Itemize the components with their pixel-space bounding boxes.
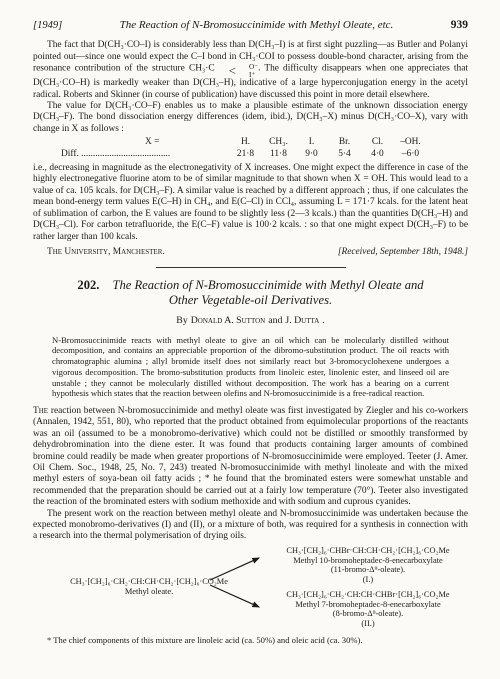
signature-row: The University, Manchester. [Received, S… — [33, 247, 468, 258]
page-number: 939 — [451, 20, 468, 31]
product-2-name: Methyl 7-bromoheptadec-8-enecarboxylate — [267, 600, 469, 610]
product-1-block: CH₃·[CH₂]₆·CHBr·CH:CH·CH₂·[CH₂]₆·CO₂Me M… — [267, 546, 469, 585]
col-value: 21·8 — [229, 149, 262, 160]
prev-article-paragraph-2: The value for D(CH₃·CO–F) enables us to … — [33, 101, 468, 135]
reaction-scheme: CH₃·[CH₂]₆·CH₂·CH:CH·CH₂·[CH₂]₆·CO₂Me Me… — [33, 546, 468, 631]
running-head: [1949] The Reaction of N-Bromosuccinimid… — [33, 20, 468, 31]
prev-article-paragraph-3: i.e., decreasing in magnitude as the ele… — [33, 163, 468, 243]
footnote-text: * The chief components of this mixture a… — [47, 635, 363, 645]
received-date: [Received, September 18th, 1948.] — [338, 247, 468, 258]
product-2-alt-name: (8-bromo-Δ⁹-oleate). — [267, 609, 469, 619]
paragraph-1-text: reaction between N-bromosuccinimide and … — [33, 406, 468, 507]
dissociation-difference-table: X = H. CH₃. I. Br. Cl. –OH. Diff. ......… — [61, 137, 468, 160]
author-1: Donald A. Sutton — [191, 315, 266, 326]
table-header-row: X = H. CH₃. I. Br. Cl. –OH. — [61, 137, 468, 148]
col-value: 11·8 — [262, 149, 295, 160]
col-header: Cl. — [361, 137, 394, 148]
journal-page: [1949] The Reaction of N-Bromosuccinimid… — [0, 0, 500, 679]
heading-line-1: 202.The Reaction of N-Bromosuccinimide w… — [33, 278, 468, 293]
footnote: * The chief components of this mixture a… — [33, 635, 468, 646]
institution-signature: The University, Manchester. — [47, 247, 165, 258]
col-value: –6·0 — [394, 149, 427, 160]
prev-article-paragraph-1: The fact that D(CH₃·CO–I) is considerabl… — [33, 40, 468, 101]
resonance-structure: <O⁻I⁺ — [215, 63, 258, 78]
x-equals-label: X = — [61, 137, 229, 148]
and-word: and — [268, 315, 282, 326]
product-1-formula: CH₃·[CH₂]₆·CHBr·CH:CH·CH₂·[CH₂]₆·CO₂Me — [267, 546, 469, 556]
lead-word: The — [33, 406, 48, 416]
abstract-text: N-Bromosuccinimide reacts with methyl ol… — [52, 335, 449, 399]
article-abstract: N-Bromosuccinimide reacts with methyl ol… — [52, 335, 449, 399]
table-value-row: Diff. ..................................… — [61, 149, 468, 160]
article-heading: 202.The Reaction of N-Bromosuccinimide w… — [33, 278, 468, 308]
article-paragraph-1: The reaction between N-bromosuccinimide … — [33, 406, 468, 509]
article-title-line1: The Reaction of N-Bromosuccinimide with … — [112, 278, 423, 292]
product-1-alt-name: (11-bromo-Δ⁹-oleate). — [267, 565, 469, 575]
col-header: Br. — [328, 137, 361, 148]
author-2: J. Dutta — [285, 315, 319, 326]
product-1-tag: (I.) — [267, 575, 469, 585]
article-paragraph-2: The present work on the reaction between… — [33, 509, 468, 543]
col-value: 9·0 — [295, 149, 328, 160]
product-2-tag: (II.) — [267, 619, 469, 629]
byline-period: . — [322, 315, 324, 326]
by-word: By — [176, 315, 187, 326]
running-title: The Reaction of N-Bromosuccinimide with … — [62, 20, 451, 31]
product-2-block: CH₃·[CH₂]₆·CH₂·CH:CH·CHBr·[CH₂]₆·CO₂Me M… — [267, 590, 469, 629]
article-separator-rule — [156, 267, 346, 268]
article-title-line2: Other Vegetable-oil Derivatives. — [33, 293, 468, 308]
col-header: –OH. — [394, 137, 427, 148]
branching-reaction-arrows-icon — [209, 549, 267, 613]
col-header: I. — [295, 137, 328, 148]
col-header: CH₃. — [262, 137, 295, 148]
product-1-name: Methyl 10-bromoheptadec-8-enecarboxylate — [267, 556, 469, 566]
col-value: 5·4 — [328, 149, 361, 160]
article-number: 202. — [77, 278, 99, 292]
diff-label: Diff. ..................................… — [61, 149, 229, 160]
resonance-substituents: O⁻I⁺ — [235, 63, 258, 78]
col-header: H. — [229, 137, 262, 148]
product-2-formula: CH₃·[CH₂]₆·CH₂·CH:CH·CHBr·[CH₂]₆·CO₂Me — [267, 590, 469, 600]
angle-bracket-glyph: < — [215, 66, 235, 76]
year-tag: [1949] — [33, 20, 62, 31]
byline: ByDonald A. SuttonandJ. Dutta. — [33, 315, 468, 326]
col-value: 4·0 — [361, 149, 394, 160]
